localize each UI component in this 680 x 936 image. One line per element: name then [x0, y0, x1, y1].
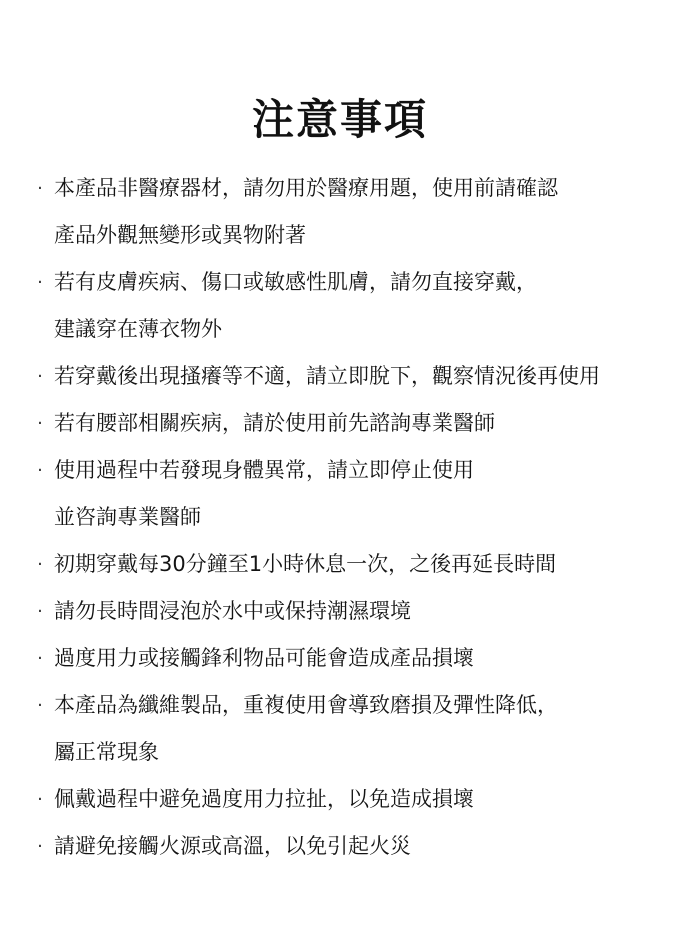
notice-item: · 本產品非醫療器材，請勿用於醫療用題，使用前請確認 產品外觀無變形或異物附著: [30, 165, 670, 259]
notice-text: 初期穿戴每30分鐘至1小時休息一次，之後再延長時間: [54, 541, 670, 588]
bullet-icon: ·: [30, 682, 50, 729]
notice-item: · 佩戴過程中避免過度用力拉扯，以免造成損壞: [30, 776, 670, 823]
notice-text: 建議穿在薄衣物外: [54, 306, 670, 353]
page-title: 注意事項: [0, 90, 680, 150]
bullet-icon: ·: [30, 165, 50, 212]
notice-text: 過度用力或接觸鋒利物品可能會造成產品損壞: [54, 635, 670, 682]
notice-text: 使用過程中若發現身體異常，請立即停止使用: [54, 447, 670, 494]
notice-text: 屬正常現象: [54, 729, 670, 776]
notice-text: 請避免接觸火源或高溫，以免引起火災: [54, 823, 670, 870]
bullet-icon: ·: [30, 635, 50, 682]
notice-text: 請勿長時間浸泡於水中或保持潮濕環境: [54, 588, 670, 635]
bullet-icon: ·: [30, 823, 50, 870]
notice-text: 若有腰部相關疾病，請於使用前先諮詢專業醫師: [54, 400, 670, 447]
notice-list: · 本產品非醫療器材，請勿用於醫療用題，使用前請確認 產品外觀無變形或異物附著 …: [30, 165, 670, 870]
notice-item: · 過度用力或接觸鋒利物品可能會造成產品損壞: [30, 635, 670, 682]
notice-item: · 若穿戴後出現搔癢等不適，請立即脫下，觀察情況後再使用: [30, 353, 670, 400]
bullet-icon: ·: [30, 400, 50, 447]
notice-text: 產品外觀無變形或異物附著: [54, 212, 670, 259]
notice-text: 並咨詢專業醫師: [54, 494, 670, 541]
notice-text: 本產品為纖維製品，重複使用會導致磨損及彈性降低，: [54, 682, 670, 729]
bullet-icon: ·: [30, 588, 50, 635]
notice-item: · 若有腰部相關疾病，請於使用前先諮詢專業醫師: [30, 400, 670, 447]
notice-text: 佩戴過程中避免過度用力拉扯，以免造成損壞: [54, 776, 670, 823]
notice-text: 若穿戴後出現搔癢等不適，請立即脫下，觀察情況後再使用: [54, 353, 670, 400]
notice-text: 本產品非醫療器材，請勿用於醫療用題，使用前請確認: [54, 165, 670, 212]
bullet-icon: ·: [30, 776, 50, 823]
notice-item: · 請勿長時間浸泡於水中或保持潮濕環境: [30, 588, 670, 635]
notice-item: · 初期穿戴每30分鐘至1小時休息一次，之後再延長時間: [30, 541, 670, 588]
bullet-icon: ·: [30, 259, 50, 306]
bullet-icon: ·: [30, 447, 50, 494]
notice-item: · 使用過程中若發現身體異常，請立即停止使用 並咨詢專業醫師: [30, 447, 670, 541]
notice-item: · 請避免接觸火源或高溫，以免引起火災: [30, 823, 670, 870]
notice-text: 若有皮膚疾病、傷口或敏感性肌膚，請勿直接穿戴，: [54, 259, 670, 306]
bullet-icon: ·: [30, 541, 50, 588]
notice-item: · 若有皮膚疾病、傷口或敏感性肌膚，請勿直接穿戴， 建議穿在薄衣物外: [30, 259, 670, 353]
notice-item: · 本產品為纖維製品，重複使用會導致磨損及彈性降低， 屬正常現象: [30, 682, 670, 776]
bullet-icon: ·: [30, 353, 50, 400]
